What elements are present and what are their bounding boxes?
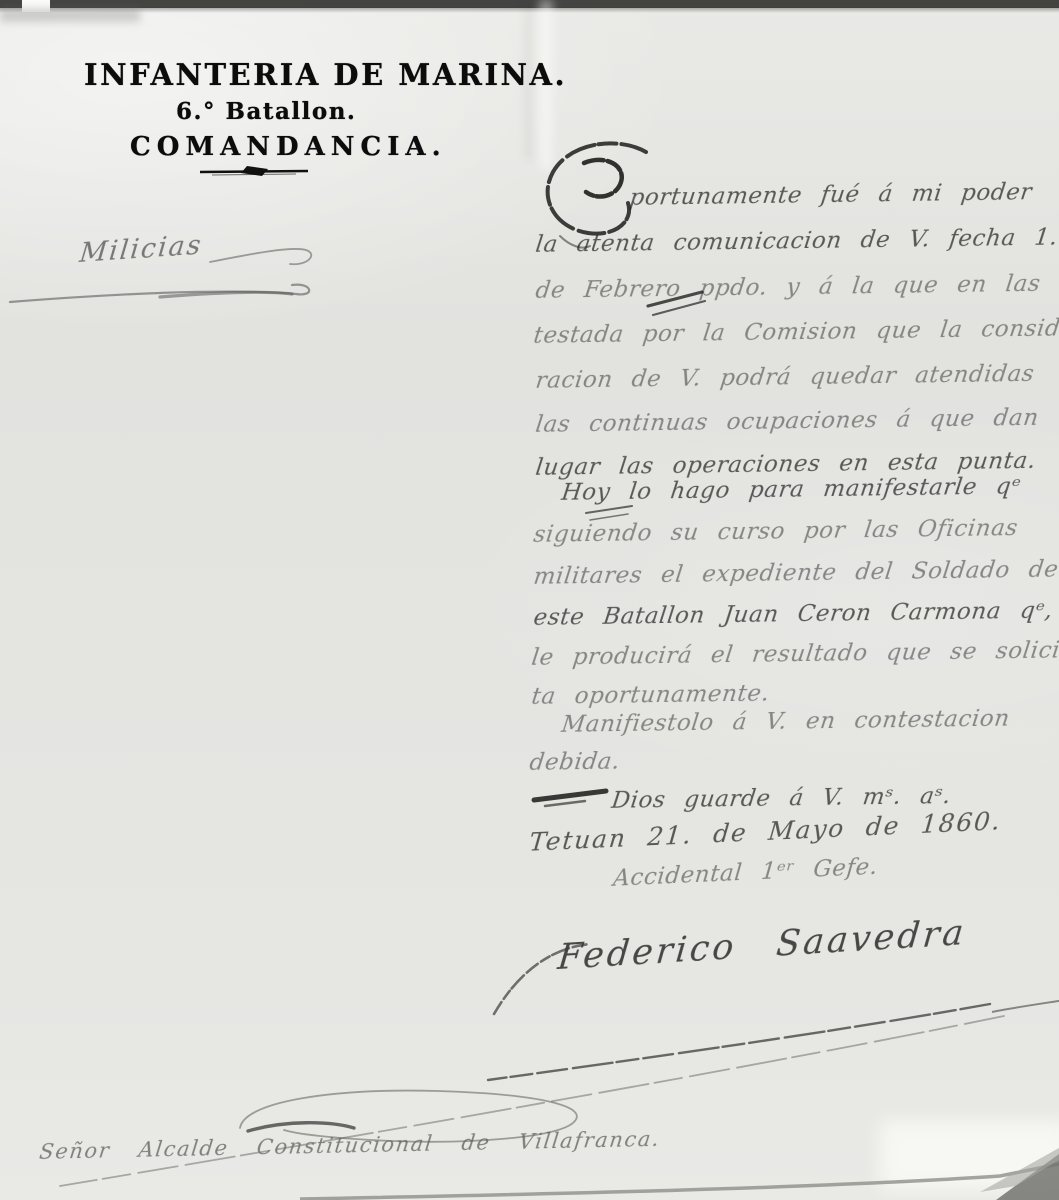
letter-line: este Batallon Juan Ceron Carmona qᵉ, — [532, 598, 1054, 631]
dateline: Tetuan 21. de Mayo de 1860. — [528, 806, 1003, 857]
letterhead-corps-name: INFANTERIA DE MARINA. — [84, 58, 567, 93]
signature: Federico Saavedra — [556, 913, 968, 978]
letter-line: Manifiestolo á V. en contestacion — [560, 706, 1011, 738]
letter-line: de Febrero ppdo. y á la que en las con- — [534, 270, 1059, 304]
letter-line: militares el expediente del Soldado de — [532, 557, 1059, 590]
signature-rubric-stroke — [488, 1004, 990, 1080]
docket-annotation: Milicias — [78, 229, 204, 269]
letter-line: debida. — [528, 749, 622, 776]
letter-line: siguiendo su curso por las Oficinas — [532, 515, 1020, 548]
signature-rubric-short-stroke — [992, 996, 1059, 1012]
valediction-dash-flourish — [534, 791, 606, 806]
letterhead-ornament-rule — [200, 166, 308, 176]
addressee-line: Señor Alcalde Constitucional de Villafra… — [38, 1127, 662, 1164]
letterhead-comandancia: COMANDANCIA. — [130, 132, 447, 162]
letter-line: portunamente fué á mi poder — [628, 179, 1034, 211]
paper-corner-highlight — [880, 1120, 1059, 1190]
letter-line: testada por la Comision que la conside- — [532, 315, 1059, 349]
letter-line: racion de V. podrá quedar atendidas — [534, 361, 1036, 394]
letter-line: las continuas ocupaciones á que dan — [534, 405, 1040, 438]
valediction-line: Dios guarde á V. mˢ. aˢ. — [610, 783, 952, 814]
signer-title-line: Accidental 1ᵉʳ Gefe. — [612, 854, 879, 892]
letter-line: Hoy lo hago para manifestarle qᵉ — [560, 474, 1023, 506]
letter-line: la atenta comunicacion de V. fecha 1.° — [534, 224, 1059, 258]
hago-underline-flourish — [586, 506, 632, 520]
letter-line: ta oportunamente. — [530, 681, 771, 710]
scan-top-smudge — [0, 8, 140, 22]
letter-line: le producirá el resultado que se solici- — [530, 637, 1059, 671]
letterhead-battalion: 6.° Batallon. — [176, 98, 356, 125]
